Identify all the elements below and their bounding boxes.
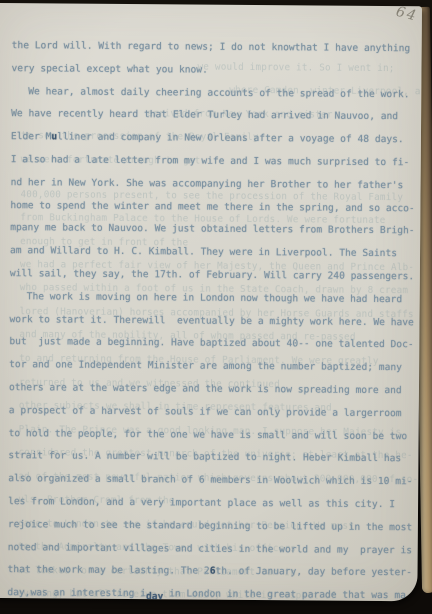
- typed-text-segment: th. of January, day before yester-: [215, 566, 411, 579]
- typed-text-segment: mpany me back to Nauvoo. We just obtaine…: [10, 222, 414, 236]
- typed-text-segment: work to start it. Therewill eventually b…: [9, 314, 413, 328]
- typed-text-segment: I also had a late letter from my wife an…: [11, 154, 410, 168]
- typed-line: that the work may be lasting. The 26th. …: [7, 559, 412, 585]
- typed-line: nd her in New York. She was accompanying…: [10, 172, 415, 198]
- typed-line: others are at the waters edge and the wo…: [9, 377, 414, 403]
- typed-text-block: the Lord will. With regard to news; I do…: [7, 35, 416, 601]
- typed-line: but just made a beginning. Have baptized…: [9, 331, 414, 357]
- typed-text-segment: a prospect of a harvest of souls if we c…: [9, 405, 402, 419]
- typed-text-segment: Elder M: [11, 131, 52, 142]
- typed-line: work to start it. Therewill eventually b…: [9, 309, 414, 335]
- typed-line: very special except what you know.: [11, 58, 416, 84]
- typed-text-segment: We hear, almost daily cheering accounts …: [28, 86, 409, 100]
- typed-text-segment: nd her in New York. She was accompanying…: [11, 177, 404, 191]
- typed-text-segment: noted and important villages and cities …: [8, 542, 412, 556]
- typed-text-segment: rejoice much to see the standard beginni…: [8, 519, 412, 533]
- typed-line: home to spend the winter and meet me the…: [10, 195, 415, 221]
- typed-line: We hear, almost daily cheering accounts …: [11, 81, 416, 107]
- typed-text-segment: that the work may be lasting. The 2: [8, 564, 210, 577]
- letter-page: 64 we would improve it. So I went in;whe…: [0, 3, 422, 601]
- typed-text-segment: also organized a small branch of 6 membe…: [8, 473, 412, 487]
- typed-text-segment: will sail, they say, the 17th. of Februa…: [10, 268, 414, 282]
- typed-text-segment: to hold the people, for the one we have …: [9, 428, 408, 442]
- typed-line: to hold the people, for the one we have …: [9, 423, 414, 449]
- typed-line: I also had a late letter from my wife an…: [11, 149, 416, 175]
- typed-text-segment: tor and one Independent Minister are amo…: [9, 359, 402, 373]
- typed-text-segment: very special except what you know.: [11, 63, 207, 76]
- typed-line: the Lord will. With regard to news; I do…: [12, 35, 417, 61]
- typed-line: a prospect of a harvest of souls if we c…: [9, 400, 414, 426]
- photo-background: 64 we would improve it. So I went in;whe…: [0, 0, 432, 614]
- typed-text-segment: day,was an interesting i: [7, 587, 146, 599]
- typed-line: strait for us. A number will be baptized…: [8, 445, 413, 471]
- typed-line: am and Willard to H. C. Kimball. They we…: [10, 240, 415, 266]
- typed-text-segment: in London in the great parade that was m…: [163, 588, 411, 601]
- typed-line: will sail, they say, the 17th. of Februa…: [10, 263, 415, 289]
- typed-text-segment: day: [146, 591, 163, 601]
- typed-line: mpany me back to Nauvoo. We just obtaine…: [10, 217, 415, 243]
- typed-line: rejoice much to see the standard beginni…: [8, 514, 413, 540]
- typed-line: les from London, and a very important pl…: [8, 491, 413, 517]
- typed-text-segment: strait for us. A number will be baptized…: [8, 450, 401, 464]
- typed-text-segment: We have recently heard that Elder Turley…: [11, 108, 398, 122]
- typed-line: day,was an interesting iday in London in…: [7, 582, 412, 601]
- typed-text-segment: the Lord will. With regard to news; I do…: [12, 40, 411, 54]
- typed-text-segment: but just made a beginning. Have baptized…: [9, 336, 413, 350]
- typed-line: Elder Mulliner and company in New Orlean…: [11, 126, 416, 152]
- typed-text-segment: The work is moving on here in London now…: [27, 291, 403, 305]
- typed-text-segment: lliner and company in New Orleans after …: [57, 132, 404, 146]
- typed-line: noted and important villages and cities …: [8, 537, 413, 563]
- typed-line: The work is moving on here in London now…: [10, 286, 415, 312]
- typed-text-segment: am and Willard to H. C. Kimball. They we…: [10, 245, 397, 259]
- typed-line: tor and one Independent Minister are amo…: [9, 354, 414, 380]
- typed-text-segment: home to spend the winter and meet me the…: [10, 200, 414, 214]
- typed-line: We have recently heard that Elder Turley…: [11, 103, 416, 129]
- typed-line: also organized a small branch of 6 membe…: [8, 468, 413, 494]
- typed-text-segment: others are at the waters edge and the wo…: [9, 382, 402, 396]
- typed-text-segment: les from London, and a very important pl…: [8, 496, 395, 510]
